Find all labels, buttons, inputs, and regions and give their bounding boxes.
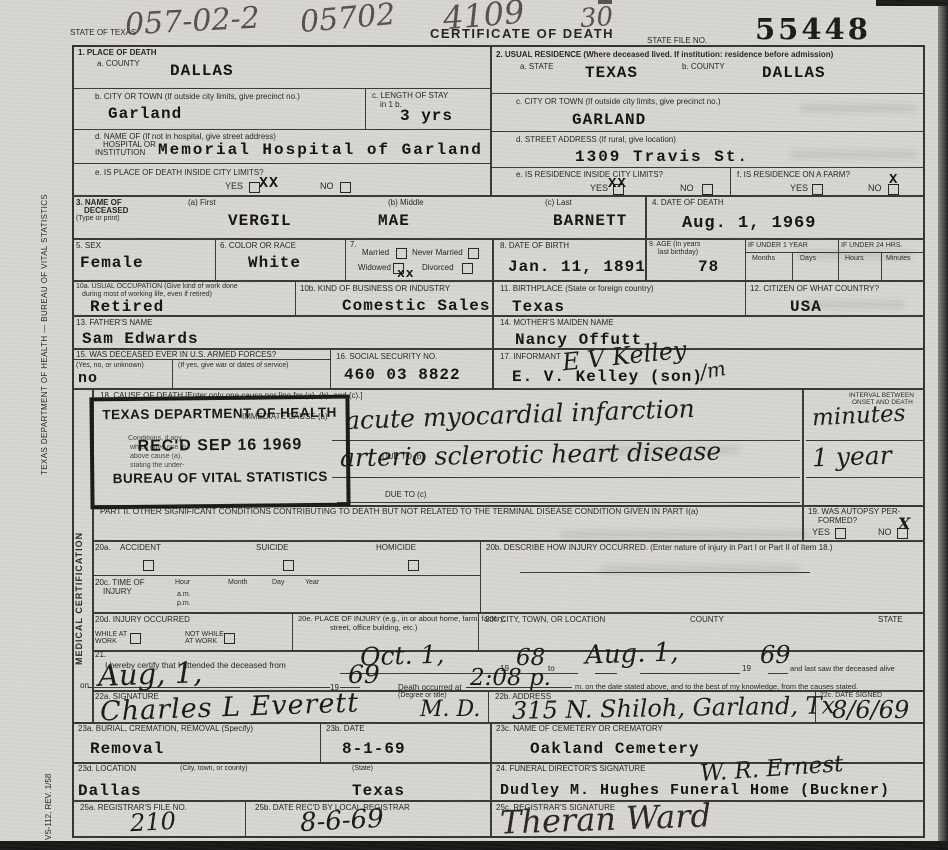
divider-line xyxy=(802,388,804,540)
res-no-label: NO xyxy=(680,183,694,193)
ssn-value: 460 03 8822 xyxy=(344,366,461,384)
form-code-text: VS-112, REV. 1/58 xyxy=(44,748,56,840)
county-label: a. COUNTY xyxy=(97,59,140,68)
divider-line xyxy=(292,612,293,650)
months-label: Months xyxy=(752,255,775,263)
divider-line xyxy=(92,540,925,542)
autopsy-no-mark: X xyxy=(898,514,910,533)
sex-value: Female xyxy=(80,254,144,272)
item-20a-label: 20a. xyxy=(95,543,111,552)
armed-forces-value: no xyxy=(78,370,98,387)
ssn-label: 16. SOCIAL SECURITY NO. xyxy=(336,352,437,361)
res-yes-mark: XX xyxy=(608,176,627,192)
stamp-line-3: BUREAU OF VITAL STATISTICS xyxy=(94,469,346,487)
divider-line xyxy=(337,502,800,503)
hospital-name-label3: INSTITUTION xyxy=(95,148,145,157)
year-label: Year xyxy=(305,579,319,587)
scan-edge-top-right xyxy=(876,0,948,6)
length-of-stay-value: 3 yrs xyxy=(400,107,453,125)
divider-line xyxy=(245,800,246,838)
registrar-file-no-value: 210 xyxy=(129,807,176,837)
under-24hrs-label: IF UNDER 24 HRS. xyxy=(841,242,902,250)
divider-line xyxy=(345,238,346,280)
death-time-value: 2:08 p. xyxy=(470,665,551,691)
minutes-label: Minutes xyxy=(886,255,911,263)
time-of-injury-label: 20c. TIME OF xyxy=(95,578,145,587)
farm-label: f. IS RESIDENCE ON A FARM? xyxy=(737,170,850,179)
certify-text-3: and last saw the deceased alive xyxy=(790,665,895,674)
interval-b-value: 1 year xyxy=(812,441,893,473)
informant-label: 17. INFORMANT xyxy=(500,352,561,361)
autopsy-no-label: NO xyxy=(878,527,892,537)
divider-line xyxy=(72,238,925,240)
divorced-checkbox xyxy=(462,263,473,274)
citizen-label: 12. CITIZEN OF WHAT COUNTRY? xyxy=(750,284,879,293)
res-no-checkbox xyxy=(702,184,713,195)
divider-line xyxy=(745,238,746,315)
divider-line xyxy=(838,238,839,280)
last-name-value: BARNETT xyxy=(553,212,627,230)
divider-line xyxy=(806,477,923,478)
am-label: a.m. xyxy=(177,591,191,599)
occupation-label: 10a. USUAL OCCUPATION (Give kind of work… xyxy=(76,283,238,291)
farm-yes-label: YES xyxy=(790,183,808,193)
interval-a-value: minutes xyxy=(811,401,906,432)
suicide-checkbox xyxy=(283,560,294,571)
mothers-maiden-name-label: 14. MOTHER'S MAIDEN NAME xyxy=(500,318,614,327)
cemetery-name-label: 23c. NAME OF CEMETERY OR CREMATORY xyxy=(496,724,663,733)
death-occurred-label: Death occurred at xyxy=(398,683,462,692)
divider-line xyxy=(332,477,800,478)
city-or-town-value: Garland xyxy=(108,105,182,123)
divider-line xyxy=(745,252,925,253)
date-received-value: 8-6-69 xyxy=(299,804,384,838)
usual-residence-title: 2. USUAL RESIDENCE (Where deceased lived… xyxy=(496,50,833,59)
first-name-value: VERGIL xyxy=(228,212,292,230)
divider-line xyxy=(172,359,173,388)
name-of-deceased-label3: (Type or print) xyxy=(76,215,120,223)
divider-line xyxy=(72,163,490,164)
farm-yes-checkbox xyxy=(812,184,823,195)
burial-type-label: 23a. BURIAL, CREMATION, REMOVAL (Specify… xyxy=(78,724,253,733)
no-checkbox xyxy=(340,182,351,193)
attended-to-date: Aug. 1, xyxy=(585,637,680,670)
armed-forces-sub1: (Yes, no, or unknown) xyxy=(76,362,144,370)
while-at-work-checkbox xyxy=(130,633,141,644)
certify-on: on xyxy=(80,681,89,690)
divider-line xyxy=(92,612,925,614)
date-of-birth-label: 8. DATE OF BIRTH xyxy=(500,241,569,250)
last-seen-date: Aug, 1, xyxy=(97,655,202,693)
divider-line xyxy=(72,388,925,390)
state-file-no-label: STATE FILE NO. xyxy=(647,36,707,45)
first-name-label: (a) First xyxy=(188,198,216,207)
burial-city-value: Dallas xyxy=(78,782,142,800)
received-stamp: TEXAS DEPARTMENT OF HEALTH REC'D SEP 16 … xyxy=(89,395,350,510)
fathers-name-value: Sam Edwards xyxy=(82,330,199,348)
state-file-number: 55448 xyxy=(755,12,871,46)
injury-occurred-label: 20d. INJURY OCCURRED xyxy=(95,615,190,624)
divider-line xyxy=(595,673,617,674)
handwritten-code-2: 05702 xyxy=(299,0,397,40)
divider-line xyxy=(492,238,494,388)
color-race-value: White xyxy=(248,254,301,272)
street-address-label: d. STREET ADDRESS (If rural, give locati… xyxy=(516,135,676,144)
residence-state-label: a. STATE xyxy=(520,62,554,71)
handwritten-code-1: 057-02-2 xyxy=(124,0,260,42)
farm-no-label: NO xyxy=(868,183,882,193)
burial-date-value: 8-1-69 xyxy=(342,740,406,758)
yes-label: YES xyxy=(225,181,243,191)
burial-state-value: Texas xyxy=(352,782,405,800)
autopsy-label2: FORMED? xyxy=(818,516,857,525)
divider-line xyxy=(365,88,366,129)
autopsy-yes-checkbox xyxy=(835,528,846,539)
name-of-deceased-label2: DECEASED xyxy=(84,206,128,215)
county-value: DALLAS xyxy=(170,62,234,80)
res-yes-label: YES xyxy=(590,183,608,193)
date-signed-value: 8/6/69 xyxy=(832,696,909,724)
divider-line xyxy=(520,572,810,573)
residence-county-value: DALLAS xyxy=(762,64,826,82)
month-label: Month xyxy=(228,579,247,587)
scan-edge-right xyxy=(938,0,948,850)
injury-city-label: 20f. CITY, TOWN, OR LOCATION xyxy=(485,615,605,624)
days-label: Days xyxy=(800,255,816,263)
while-at-work-label2: WORK xyxy=(95,638,117,646)
marital-label: 7. xyxy=(350,240,357,249)
suicide-label: SUICIDE xyxy=(256,543,288,552)
divider-line xyxy=(490,167,925,168)
not-while-checkbox xyxy=(224,633,235,644)
cemetery-name-value: Oakland Cemetery xyxy=(530,740,700,758)
age-value: 78 xyxy=(698,258,719,276)
divider-line xyxy=(320,722,321,762)
citizen-value: USA xyxy=(790,298,822,316)
informant-signature-flourish: /m xyxy=(698,356,727,384)
residence-county-label: b. COUNTY xyxy=(682,62,725,71)
divorced-label: Divorced xyxy=(422,263,454,272)
never-married-checkbox xyxy=(468,248,479,259)
date-of-birth-value: Jan. 11, 1891 xyxy=(508,258,646,276)
divider-line xyxy=(480,540,481,612)
accident-checkbox xyxy=(143,560,154,571)
divider-line xyxy=(72,129,490,130)
widowed-mark: xx xyxy=(397,266,415,281)
describe-injury-label: 20b. DESCRIBE HOW INJURY OCCURRED. (Ente… xyxy=(486,543,832,552)
middle-name-value: MAE xyxy=(378,212,410,230)
last-seen-year: 69 xyxy=(348,660,380,689)
divider-line xyxy=(488,690,489,722)
injury-state-label: STATE xyxy=(878,615,903,624)
residence-inside-limits-label: e. IS RESIDENCE INSIDE CITY LIMITS? xyxy=(516,170,663,179)
divider-line xyxy=(72,195,925,197)
divider-line xyxy=(330,348,331,388)
stamp-line-1: TEXAS DEPARTMENT OF HEALTH xyxy=(94,405,346,423)
divider-line xyxy=(490,93,925,94)
married-checkbox xyxy=(396,248,407,259)
color-race-label: 6. COLOR OR RACE xyxy=(220,241,296,250)
farm-no-mark: X xyxy=(889,172,898,188)
last-name-label: (c) Last xyxy=(545,198,572,207)
burial-location-sub2: (State) xyxy=(352,765,373,773)
married-label: Married xyxy=(362,248,389,257)
accident-label: ACCIDENT xyxy=(120,543,161,552)
residence-state-value: TEXAS xyxy=(585,64,638,82)
divider-line xyxy=(730,167,731,195)
certificate-title: CERTIFICATE OF DEATH xyxy=(430,26,614,41)
divider-line xyxy=(490,45,492,195)
hour-label: Hour xyxy=(175,579,190,587)
inside-city-limits-label: e. IS PLACE OF DEATH INSIDE CITY LIMITS? xyxy=(95,168,264,177)
left-margin-agency-text: TEXAS DEPARTMENT OF HEALTH — BUREAU OF V… xyxy=(40,115,54,475)
residence-city-label: c. CITY OR TOWN (If outside city limits,… xyxy=(516,97,721,106)
not-while-label2: AT WORK xyxy=(185,638,217,646)
burial-location-label: 23d. LOCATION xyxy=(78,764,136,773)
homicide-label: HOMICIDE xyxy=(376,543,416,552)
divider-line xyxy=(881,252,882,280)
place-of-death-title: 1. PLACE OF DEATH xyxy=(78,48,157,57)
street-address-value: 1309 Travis St. xyxy=(575,148,749,166)
yes-mark: XX xyxy=(259,175,279,192)
age-label2: last birthday) xyxy=(658,249,698,257)
residence-city-value: GARLAND xyxy=(572,111,646,129)
hours-label: Hours xyxy=(845,255,864,263)
under-1-year-label: IF UNDER 1 YEAR xyxy=(748,242,808,250)
attended-to-year: 69 xyxy=(760,641,791,669)
never-married-label: Never Married xyxy=(412,248,463,257)
date-of-death-label: 4. DATE OF DEATH xyxy=(652,198,724,207)
occupation-value: Retired xyxy=(90,298,164,316)
autopsy-yes-label: YES xyxy=(812,527,830,537)
part-ii-label: PART II. OTHER SIGNIFICANT CONDITIONS CO… xyxy=(100,507,795,517)
hospital-name-value: Memorial Hospital of Garland xyxy=(158,141,483,159)
place-of-injury-label2: street, office building, etc.) xyxy=(330,624,417,633)
city-or-town-label: b. CITY OR TOWN (If outside city limits,… xyxy=(95,92,300,101)
divider-line xyxy=(640,673,740,674)
business-industry-value: Comestic Sales xyxy=(342,297,490,315)
divider-line xyxy=(215,238,216,280)
divider-line xyxy=(92,650,925,652)
divider-line xyxy=(792,252,793,280)
burial-date-label: 23b. DATE xyxy=(326,724,365,733)
certify-19-2: 19 xyxy=(742,664,751,673)
divider-line xyxy=(72,280,925,282)
funeral-director-label: 24. FUNERAL DIRECTOR'S SIGNATURE xyxy=(496,764,645,773)
birthplace-value: Texas xyxy=(512,298,565,316)
no-label: NO xyxy=(320,181,334,191)
day-label: Day xyxy=(272,579,284,587)
pm-label: p.m. xyxy=(177,600,191,608)
divider-line xyxy=(92,575,480,576)
divider-line xyxy=(490,722,492,838)
length-of-stay-label2: in 1 b. xyxy=(380,100,402,109)
length-of-stay-label: c. LENGTH OF STAY xyxy=(372,91,448,100)
scan-edge-bottom xyxy=(0,841,948,850)
death-certificate-scan: STATE OF TEXAS 057-02-2 05702 4109 30 CE… xyxy=(0,0,948,850)
divider-line xyxy=(72,800,925,802)
age-label: 9. AGE (In years xyxy=(649,241,700,249)
divider-line xyxy=(72,88,490,89)
middle-name-label: (b) Middle xyxy=(388,198,424,207)
business-industry-label: 10b. KIND OF BUSINESS OR INDUSTRY xyxy=(300,284,450,293)
divider-line xyxy=(768,673,788,674)
stamp-line-2: REC'D SEP 16 1969 xyxy=(94,436,346,457)
date-of-death-value: Aug. 1, 1969 xyxy=(682,214,816,233)
time-of-injury-label2: INJURY xyxy=(103,587,132,596)
divider-line xyxy=(490,131,925,132)
physician-address-value: 315 N. Shiloh, Garland, Tx xyxy=(512,691,836,725)
armed-forces-sub2: (If yes, give war or dates of service) xyxy=(178,362,288,370)
homicide-checkbox xyxy=(408,560,419,571)
certify-text-6: m. on the date stated above, and to the … xyxy=(575,683,858,692)
burial-type-value: Removal xyxy=(90,740,164,758)
birthplace-label: 11. BIRTHPLACE (State or foreign country… xyxy=(500,284,654,293)
armed-forces-label: 15. WAS DECEASED EVER IN U.S. ARMED FORC… xyxy=(76,350,276,359)
sex-label: 5. SEX xyxy=(76,241,101,250)
degree-value: M. D. xyxy=(420,697,480,722)
registrar-signature-value: Theran Ward xyxy=(499,796,711,841)
fathers-name-label: 13. FATHER'S NAME xyxy=(76,318,153,327)
autopsy-label: 19. WAS AUTOPSY PER- xyxy=(808,507,900,516)
widowed-label: Widowed xyxy=(358,263,391,272)
injury-county-label: COUNTY xyxy=(690,615,724,624)
due-to-c-label: DUE TO (c) xyxy=(385,490,426,499)
divider-line xyxy=(295,280,296,315)
burial-location-sub1: (City, town, or county) xyxy=(180,765,248,773)
